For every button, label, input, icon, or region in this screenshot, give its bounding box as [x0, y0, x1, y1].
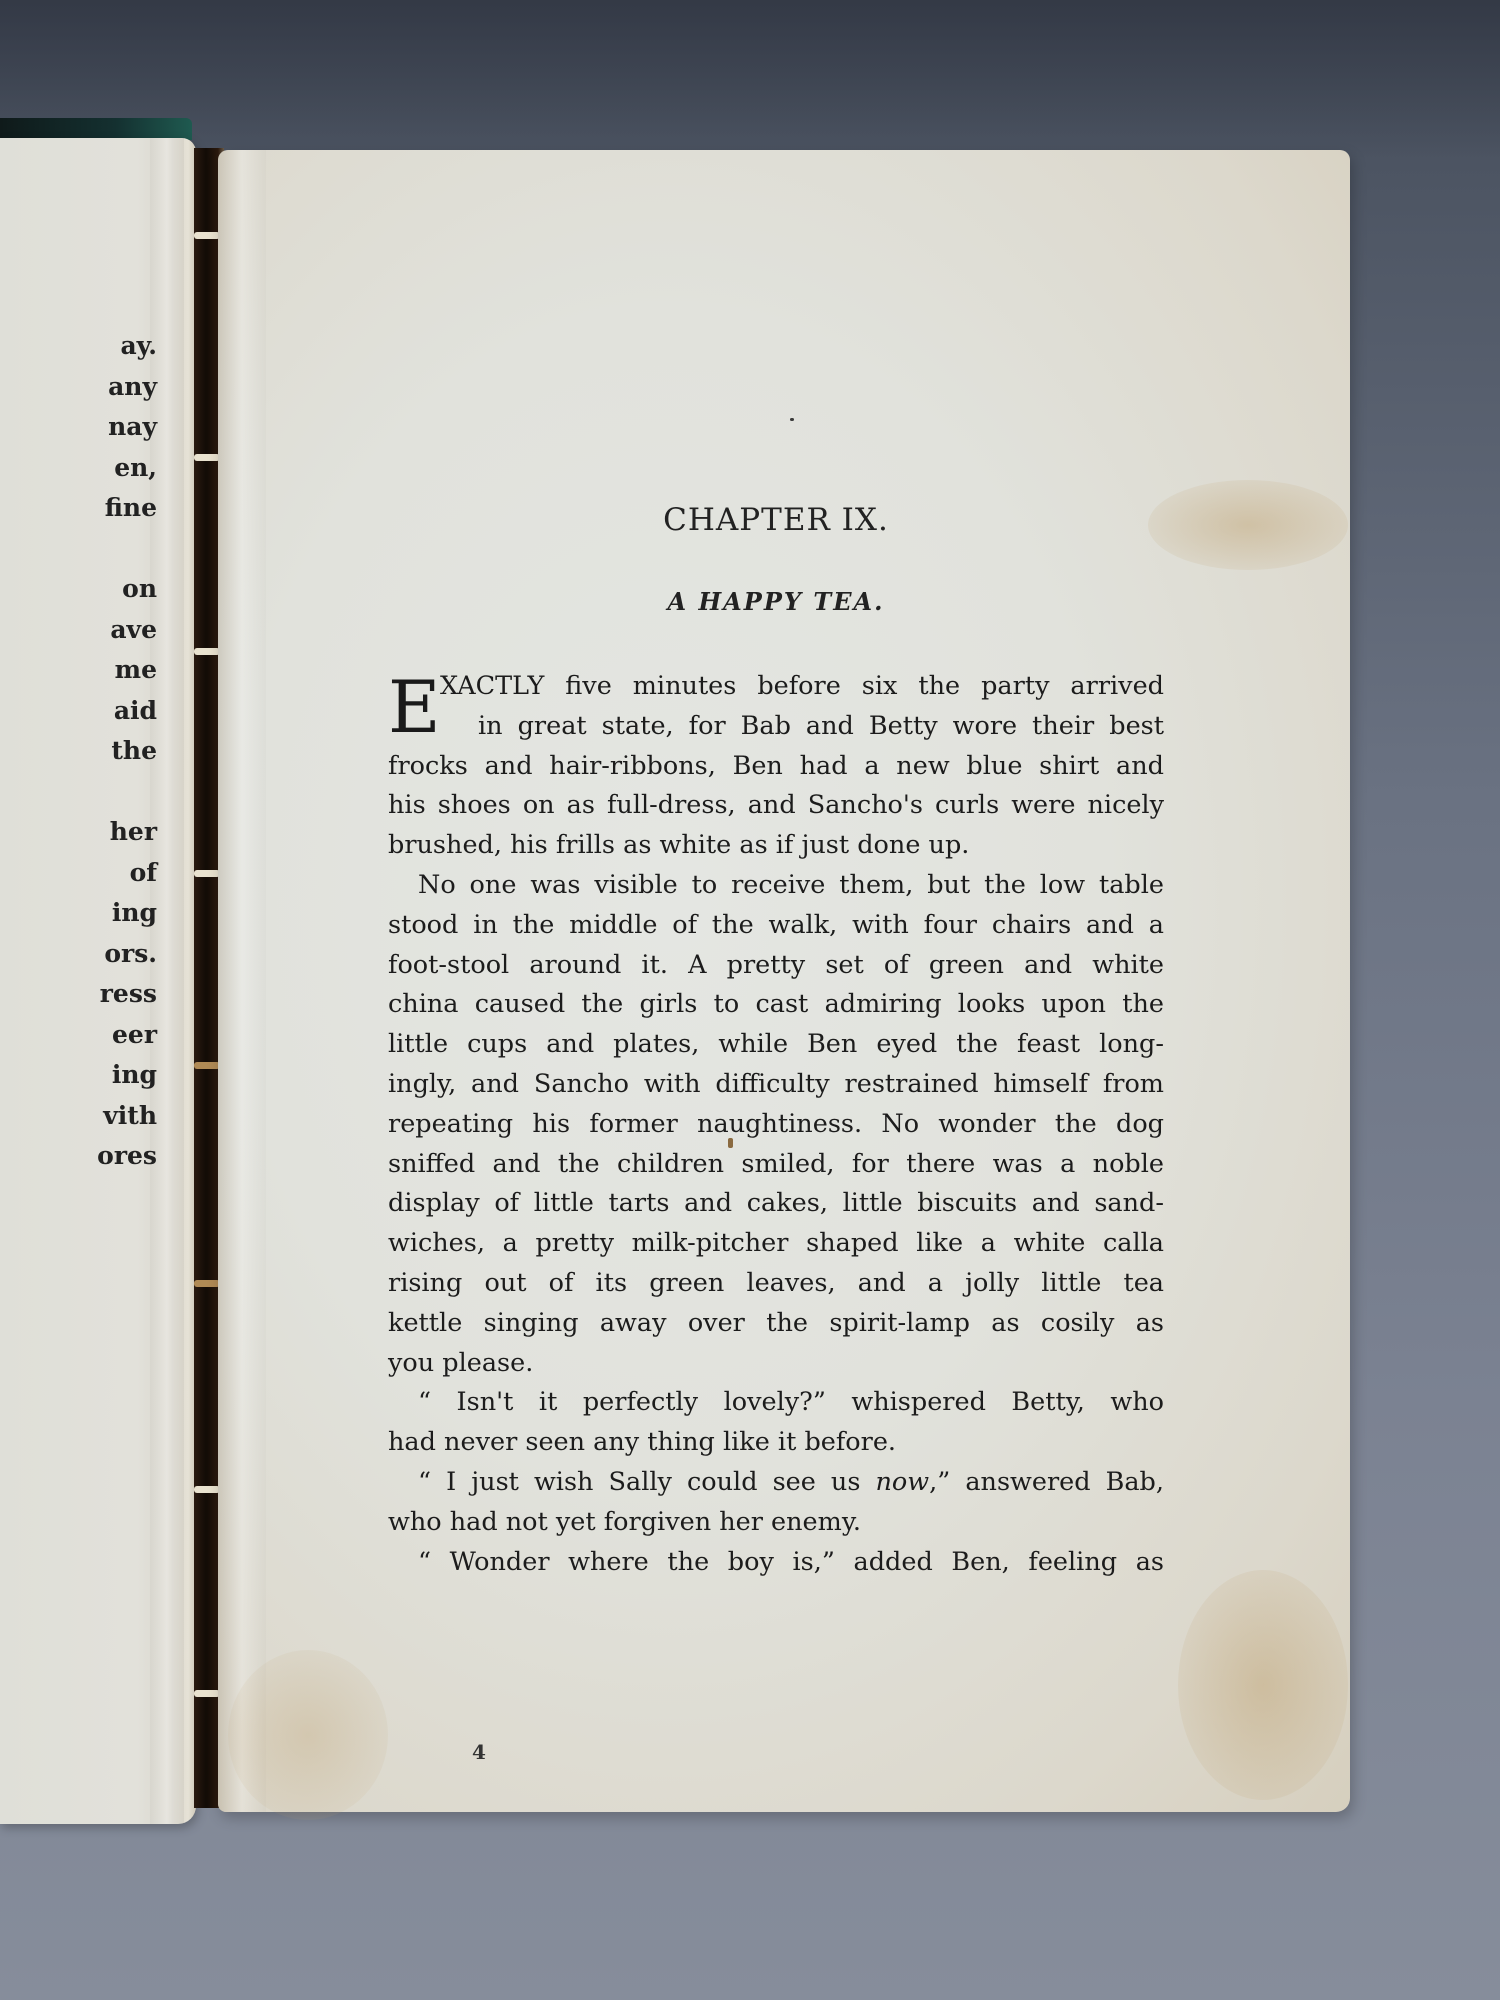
left-page-line: aid — [97, 691, 157, 732]
left-page-line: fine — [97, 488, 157, 529]
text-line: XACTLY five minutes before six the party… — [388, 667, 1164, 707]
left-page-line: ing — [97, 893, 157, 934]
water-stain — [1148, 480, 1348, 570]
left-page-line: any — [97, 367, 157, 408]
text-line: “ Wonder where the boy is,” added Ben, f… — [388, 1543, 1164, 1583]
text-line: stood in the middle of the walk, with fo… — [388, 906, 1164, 946]
text-line: in great state, for Bab and Betty wore t… — [388, 707, 1164, 747]
left-page-line: en, — [97, 448, 157, 489]
left-page-line — [97, 529, 157, 570]
left-page-line: ay. — [97, 326, 157, 367]
text-line: repeating his former naughtiness. No won… — [388, 1105, 1164, 1145]
text-line: his shoes on as full-dress, and Sancho's… — [388, 786, 1164, 826]
binding-stitch — [194, 870, 220, 877]
text-line: “ Isn't it perfectly lovely?” whispered … — [388, 1383, 1164, 1423]
left-page-line: of — [97, 853, 157, 894]
chapter-title: A HAPPY TEA. — [388, 587, 1164, 616]
binding-stitch — [194, 1280, 220, 1287]
left-page-line: ores — [97, 1136, 157, 1177]
text-line: frocks and hair-ribbons, Ben had a new b… — [388, 747, 1164, 787]
paper-speck — [728, 1138, 733, 1148]
paper-speck — [790, 418, 794, 421]
left-page-line: eer — [97, 1015, 157, 1056]
left-page-line: me — [97, 650, 157, 691]
left-page-line: ave — [97, 610, 157, 651]
right-page: CHAPTER IX. A HAPPY TEA. E XACTLY five m… — [218, 150, 1350, 1812]
left-page-text-fragments: ay.anynayen,fine onavemeaidthe herofingo… — [0, 326, 41, 1177]
chapter-body: E XACTLY five minutes before six the par… — [388, 667, 1164, 1582]
left-page-line: the — [97, 731, 157, 772]
book-cover-cloth — [0, 118, 192, 140]
left-page: ay.anynayen,fine onavemeaidthe herofingo… — [0, 138, 196, 1824]
left-page-line: ors. — [97, 934, 157, 975]
drop-cap: E — [388, 671, 441, 743]
water-stain — [1178, 1570, 1348, 1800]
text-line: china caused the girls to cast admiring … — [388, 985, 1164, 1025]
binding-stitch — [194, 232, 220, 239]
binding-stitch — [194, 1486, 220, 1493]
text-line: had never seen any thing like it before. — [388, 1423, 1164, 1463]
text-line: display of little tarts and cakes, littl… — [388, 1184, 1164, 1224]
italic-emphasis: now — [876, 1467, 930, 1497]
binding-stitch — [194, 1690, 220, 1697]
binding-stitch — [194, 1062, 220, 1069]
chapter-heading: CHAPTER IX. — [388, 502, 1164, 538]
text-line: little cups and plates, while Ben eyed t… — [388, 1025, 1164, 1065]
background-shadow — [0, 0, 1500, 160]
text-line: foot-stool around it. A pretty set of gr… — [388, 946, 1164, 986]
left-page-line: ress — [97, 974, 157, 1015]
left-page-line — [97, 772, 157, 813]
signature-mark: 4 — [472, 1740, 486, 1764]
text-line: kettle singing away over the spirit-lamp… — [388, 1304, 1164, 1344]
text-line: sniffed and the children smiled, for the… — [388, 1145, 1164, 1185]
left-page-line: ing — [97, 1055, 157, 1096]
text-line: you please. — [388, 1344, 1164, 1384]
left-page-line: nay — [97, 407, 157, 448]
binding-stitch — [194, 648, 220, 655]
text-line: brushed, his frills as white as if just … — [388, 826, 1164, 866]
left-page-line: on — [97, 569, 157, 610]
water-stain — [228, 1650, 388, 1820]
text-line: ingly, and Sancho with difficulty restra… — [388, 1065, 1164, 1105]
text-line: rising out of its green leaves, and a jo… — [388, 1264, 1164, 1304]
right-page-fold — [218, 150, 266, 1812]
left-page-line: her — [97, 812, 157, 853]
binding-stitch — [194, 454, 220, 461]
text-line: No one was visible to receive them, but … — [388, 866, 1164, 906]
text-line: wiches, a pretty milk-pitcher shaped lik… — [388, 1224, 1164, 1264]
left-page-line: vith — [97, 1096, 157, 1137]
text-line: who had not yet forgiven her enemy. — [388, 1503, 1164, 1543]
text-line: “ I just wish Sally could see us now,” a… — [388, 1463, 1164, 1503]
